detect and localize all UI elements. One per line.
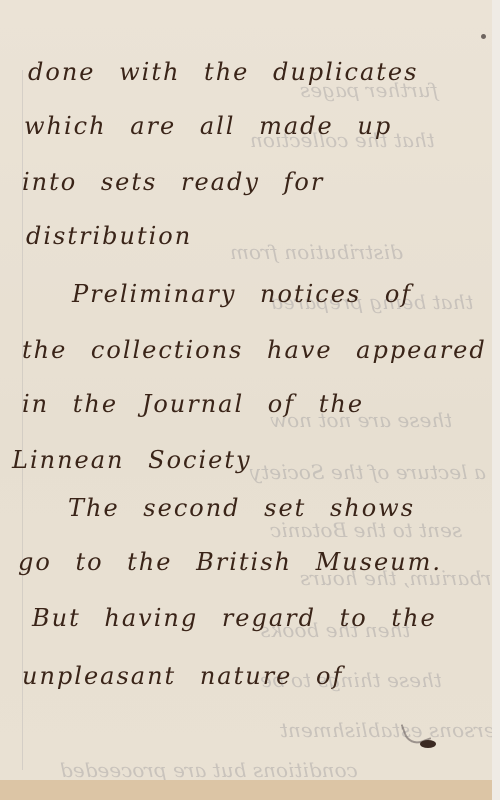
manuscript-line: into sets ready for	[22, 168, 324, 196]
manuscript-line: go to the British Museum.	[18, 548, 442, 576]
page-edge-right	[492, 0, 500, 800]
ink-speck	[481, 34, 486, 39]
manuscript-line: done with the duplicates	[28, 58, 418, 86]
bleed-through-text: a lecture of the Society	[250, 460, 486, 484]
manuscript-line: distribution	[26, 222, 192, 250]
bleed-through-text: persons establishment	[280, 718, 500, 742]
manuscript-line: the collections have appeared	[22, 336, 487, 364]
manuscript-line: The second set shows	[68, 494, 415, 522]
manuscript-line: which are all made up	[24, 112, 392, 140]
manuscript-line: But having regard to the	[32, 604, 437, 632]
manuscript-line: unpleasant nature of	[22, 662, 343, 690]
manuscript-line: in the Journal of the	[22, 390, 364, 418]
bleed-through-text: distribution from	[230, 240, 403, 264]
manuscript-line: Linnean Society	[12, 446, 252, 474]
mount-board-bottom	[0, 780, 492, 800]
manuscript-line: Preliminary notices of	[72, 280, 412, 308]
ink-blot	[420, 740, 436, 748]
manuscript-page: further pages that the collection distri…	[0, 0, 493, 780]
bleed-through-text: conditions but are proceeded	[60, 758, 358, 782]
